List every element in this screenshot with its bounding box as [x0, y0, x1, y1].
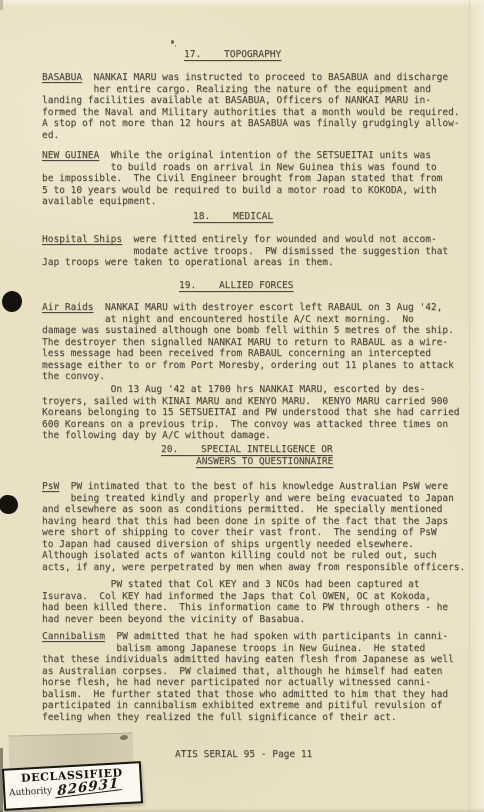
page-edge-bottom — [0, 808, 484, 812]
paragraph-cannibalism-body: PW admitted that he had spoken with part… — [42, 631, 454, 723]
paragraph-new-guinea-lead: NEW GUINEA — [42, 150, 99, 161]
paragraph-new-guinea: NEW GUINEA While the original intention … — [42, 150, 442, 208]
paragraph-air-raids: Air Raids NANKAI MARU with destroyer esc… — [42, 302, 454, 383]
section-heading-topography: 17. TOPOGRAPHY — [184, 49, 281, 61]
paragraph-cannibalism-lead: Cannibalism — [42, 631, 105, 642]
page-edge-right — [469, 0, 484, 812]
paragraph-hospital-ships: Hospital Ships were fitted entirely for … — [42, 234, 448, 269]
paragraph-air-raids-continued: On 13 Aug '42 at 1700 hrs NANKAI MARU, e… — [42, 384, 460, 442]
paragraph-hospital-ships-lead: Hospital Ships — [42, 234, 122, 245]
section-heading-allied-forces: 19. ALLIED FORCES — [179, 280, 293, 292]
authority-label: Authority — [9, 786, 53, 798]
paragraph-col-key-body: PW stated that Col KEY and 3 NCOs had be… — [42, 579, 448, 625]
hole-punch-top — [1, 290, 24, 314]
paragraph-psw-body: PW intimated that to the best of his kno… — [42, 481, 465, 573]
paragraph-basabua-lead: BASABUA — [42, 72, 82, 83]
paragraph-basabua-body: NANKAI MARU was instructed to proceed to… — [42, 72, 460, 141]
paragraph-col-key: PW stated that Col KEY and 3 NCOs had be… — [42, 579, 448, 625]
document-page: 17. TOPOGRAPHY BASABUA NANKAI MARU was i… — [0, 0, 484, 812]
paragraph-psw-lead: PsW — [42, 481, 59, 492]
ink-speck — [171, 40, 174, 44]
hole-punch-bottom — [0, 495, 18, 514]
paragraph-air-raids-body: NANKAI MARU with destroyer escort left R… — [42, 302, 454, 382]
page-corner-mark — [0, 0, 3, 10]
paragraph-air-raids-lead: Air Raids — [42, 302, 93, 313]
section-heading-special-intelligence-line1: 20. SPECIAL INTELLIGENCE OR — [161, 444, 333, 456]
page-footer: ATIS SERIAL 95 - Page 11 — [175, 749, 312, 761]
paragraph-new-guinea-body: While the original intention of the SETS… — [42, 150, 442, 207]
page-edge-top — [0, 0, 484, 7]
section-heading-special-intelligence-line2: ANSWERS TO QUESTIONNAIRE — [196, 456, 333, 468]
paragraph-cannibalism: Cannibalism PW admitted that he had spok… — [42, 631, 454, 723]
declassified-stamp: DECLASSIFIED Authority826931 — [2, 761, 143, 811]
paragraph-psw: PsW PW intimated that to the best of his… — [42, 481, 465, 573]
section-heading-medical: 18. MEDICAL — [193, 211, 273, 223]
paragraph-basabua: BASABUA NANKAI MARU was instructed to pr… — [42, 72, 460, 141]
paragraph-air-raids-continued-body: On 13 Aug '42 at 1700 hrs NANKAI MARU, e… — [42, 384, 460, 441]
